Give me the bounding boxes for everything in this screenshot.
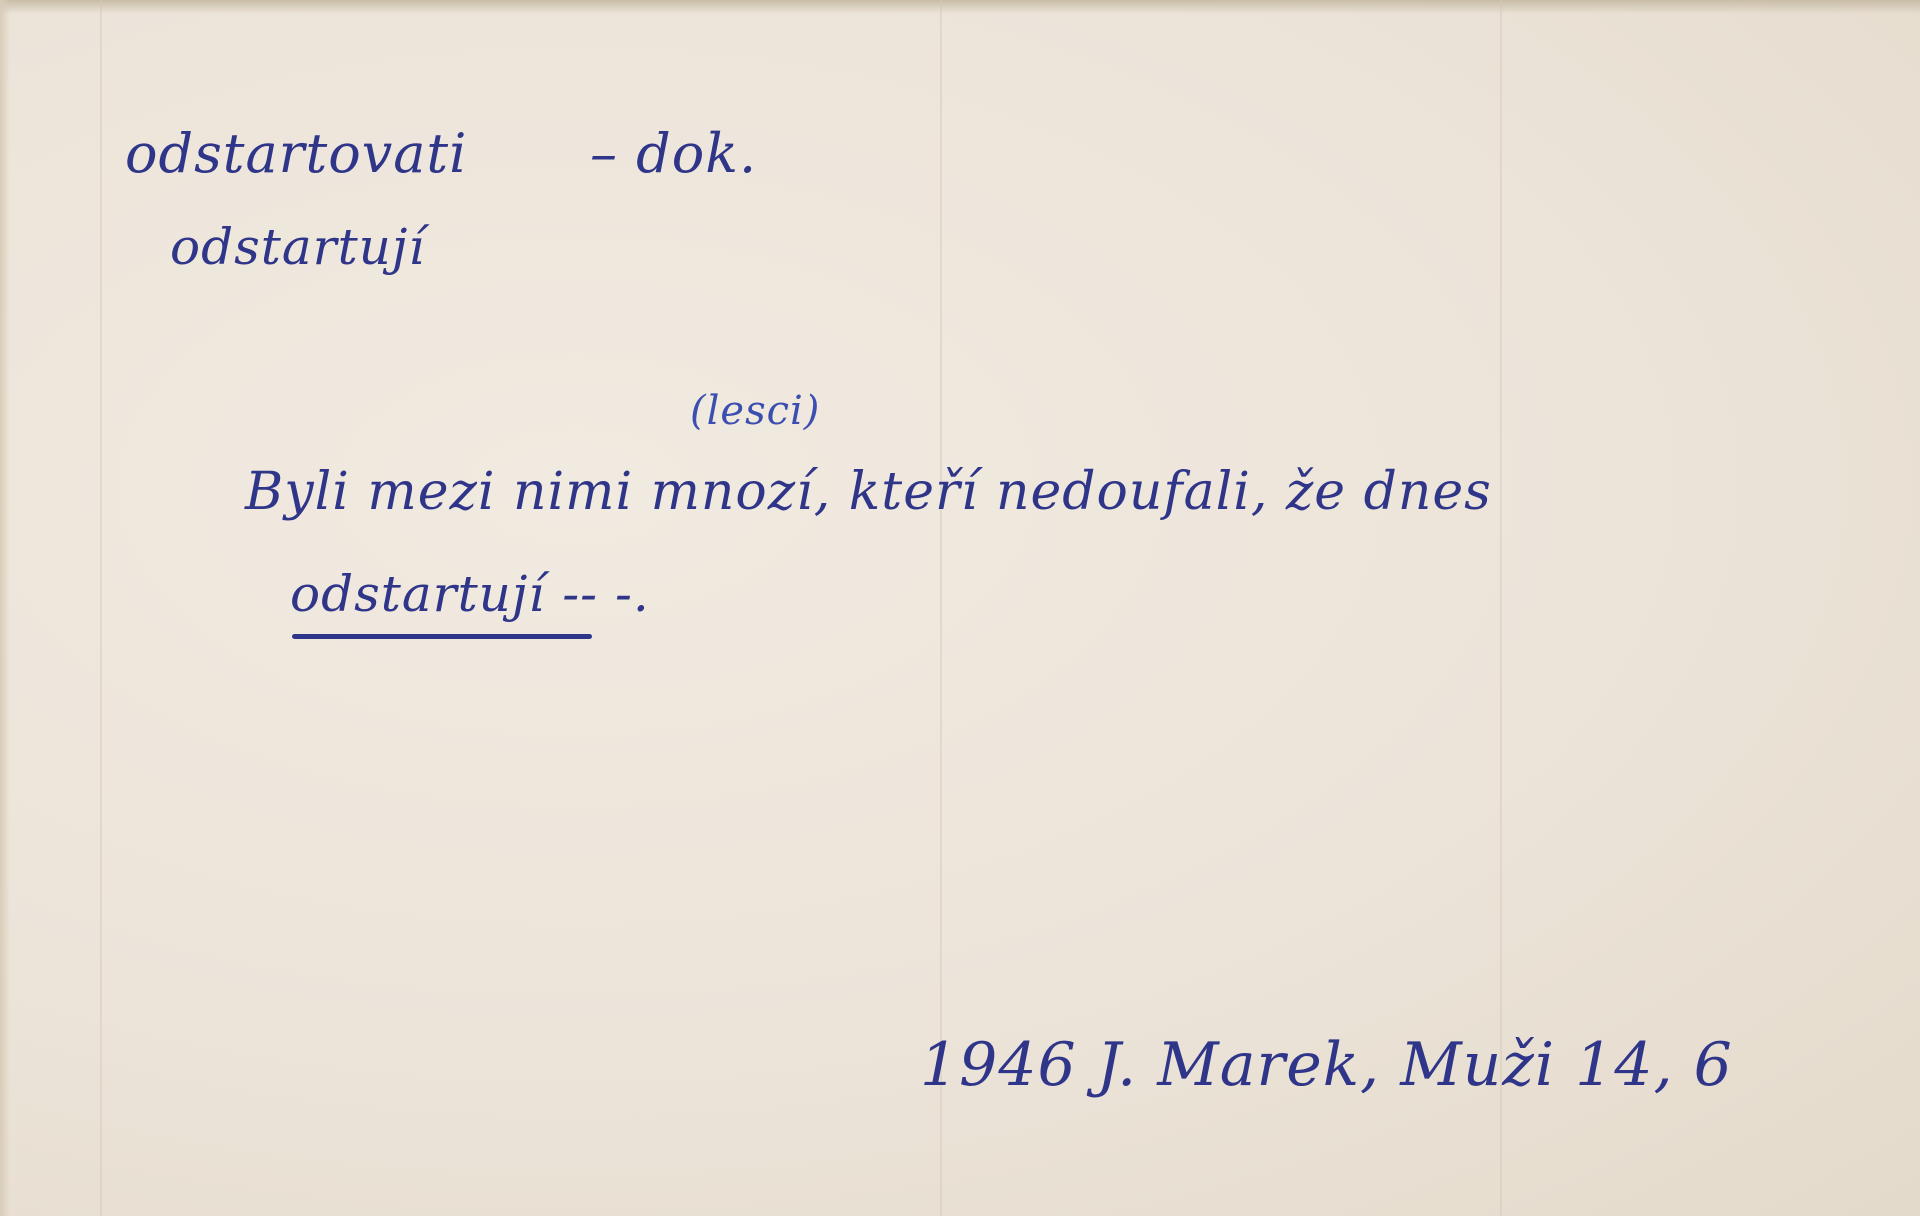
aspect-label: – dok.	[590, 122, 757, 185]
card-left-edge	[0, 0, 10, 1216]
source-citation: 1946 J. Marek, Muži 14, 6	[920, 1030, 1733, 1100]
headword-underline	[292, 634, 592, 639]
present-form: odstartují	[170, 218, 425, 276]
lexicographic-card: odstartovati – dok. odstartují (lesci) B…	[0, 0, 1920, 1216]
example-line-1: Byli mezi nimi mnozí, kteří nedoufali, ž…	[245, 462, 1492, 522]
example-line-2: odstartují ‐‐ ‐.	[290, 565, 650, 623]
card-rule-line	[100, 0, 102, 1216]
card-top-edge	[0, 0, 1920, 14]
gloss-insert: (lesci)	[690, 388, 820, 434]
headword: odstartovati	[125, 122, 467, 185]
